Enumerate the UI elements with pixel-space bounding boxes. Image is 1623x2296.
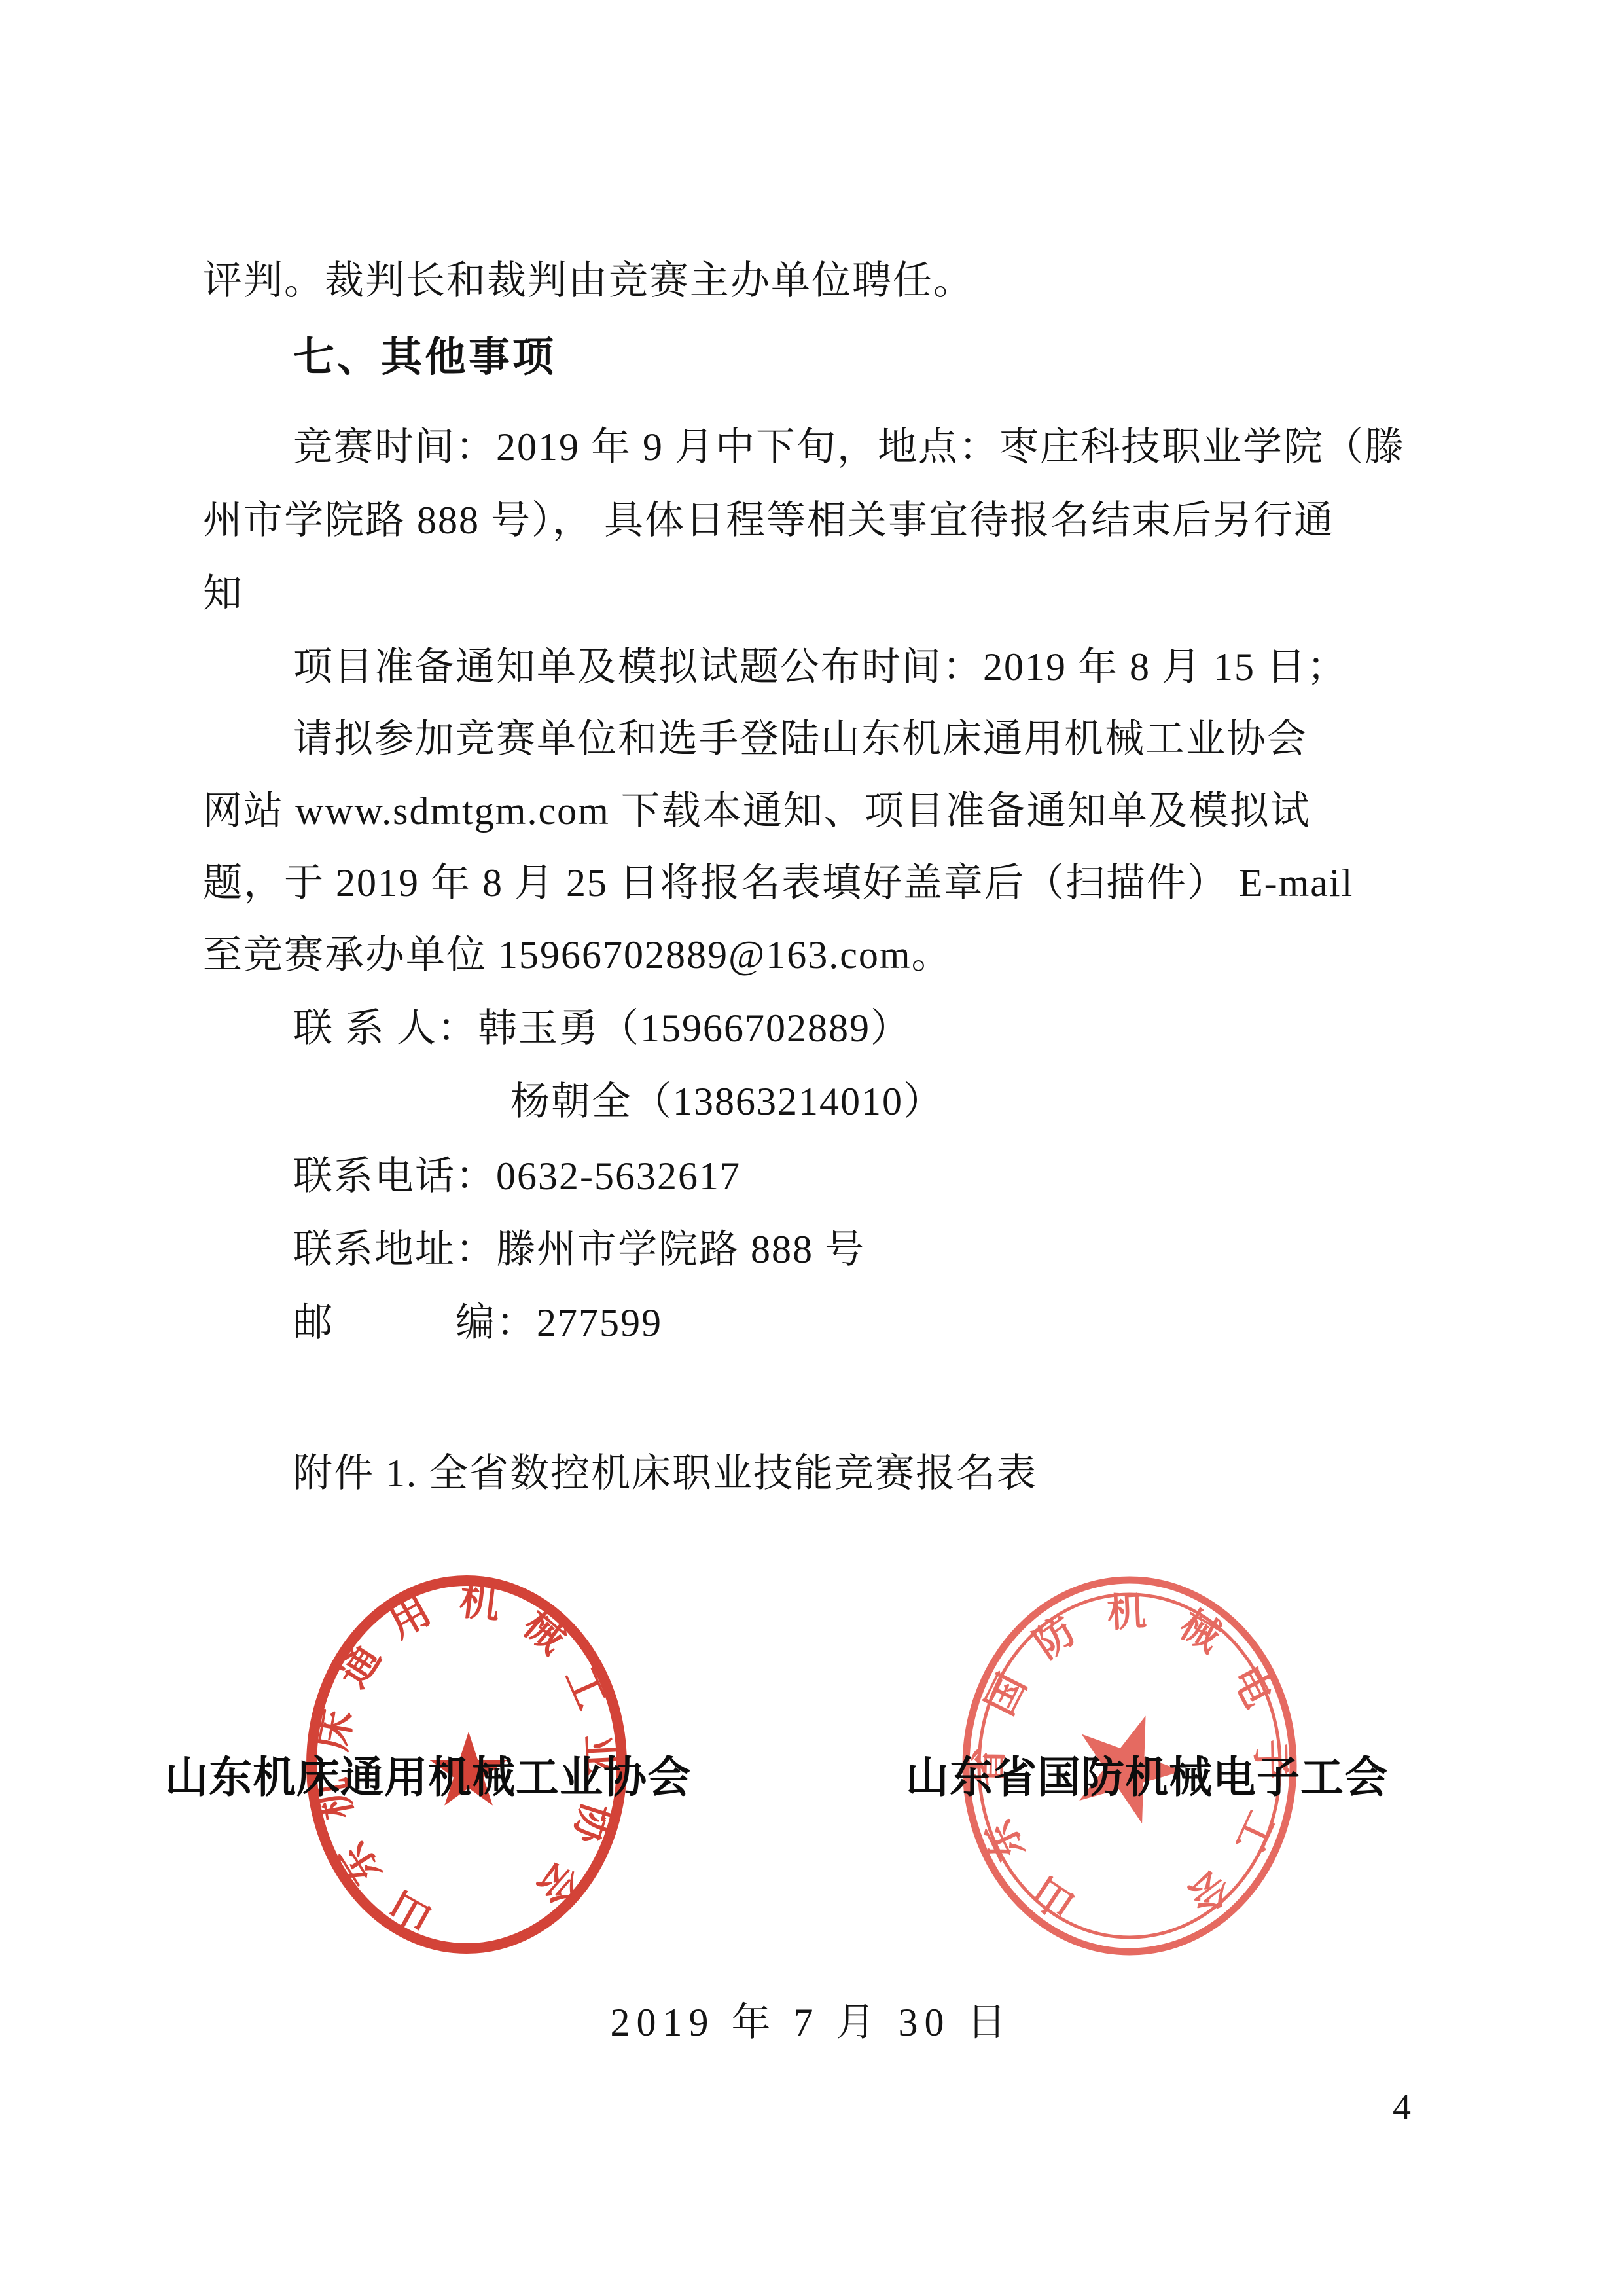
text-line: 杨朝全（13863214010）: [510, 1080, 944, 1123]
text-line: 州市学院路 888 号）， 具体日程等相关事宜待报名结束后另行通: [203, 499, 1334, 542]
date-line: 2019 年 7 月 30 日: [0, 1991, 1623, 2047]
right-org-name: 山东省国防机械电子工会: [906, 1742, 1388, 1804]
text-line: 附件 1. 全省数控机床职业技能竞赛报名表: [293, 1452, 1037, 1495]
text-line: 联系电话：0632-5632617: [293, 1155, 741, 1198]
text-line: 联 系 人：韩玉勇（15966702889）: [293, 1007, 911, 1050]
text-line: 网站 www.sdmtgm.com 下载本通知、项目准备通知单及模拟试: [203, 789, 1311, 833]
document-page: 山东机床通用机械工业协会 ★ 山东省国防机械电子工会 ★ 评判。裁判长和裁判由竞…: [0, 0, 1623, 2296]
left-org-name: 山东机床通用机械工业协会: [165, 1742, 691, 1804]
text-line: 竞赛时间：2019 年 9 月中下旬，地点：枣庄科技职业学院（滕: [293, 425, 1405, 469]
seals-layer: 山东机床通用机械工业协会 ★ 山东省国防机械电子工会 ★: [0, 0, 1623, 2296]
text-line: 项目准备通知单及模拟试题公布时间：2019 年 8 月 15 日；: [293, 645, 1347, 689]
page-number: 4: [1393, 2087, 1411, 2128]
text-line: 联系地址：滕州市学院路 888 号: [293, 1228, 865, 1271]
text-line: 至竞赛承办单位 15966702889@163.com。: [203, 933, 952, 977]
text-line: 邮 编：277599: [293, 1301, 662, 1344]
text-line: 知: [203, 572, 243, 615]
text-line: 请拟参加竞赛单位和选手登陆山东机床通用机械工业协会: [293, 717, 1308, 761]
text-line: 题，于 2019 年 8 月 25 日将报名表填好盖章后（扫描件） E-mail: [203, 861, 1353, 905]
text-line: 评判。裁判长和裁判由竞赛主办单位聘任。: [203, 259, 974, 302]
text-line: 七、其他事项: [293, 335, 556, 380]
